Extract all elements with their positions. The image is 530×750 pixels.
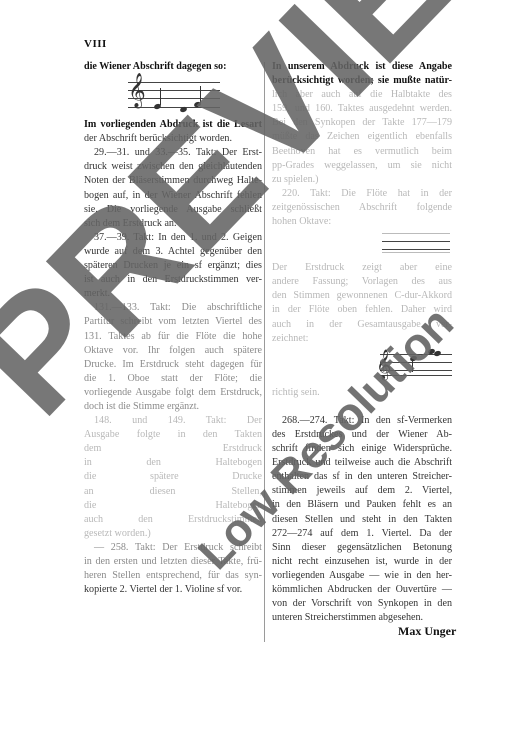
text-line: lich aber auch auf die Halbtakte des	[272, 88, 452, 102]
text-line: Partitur schreibt vom letzten Viertel de…	[84, 315, 262, 329]
text-line: von der Vorschrift von Synkopen in den	[272, 597, 452, 611]
text-line: müßte das Zeichen eigentlich ebenfalls	[272, 130, 452, 144]
text-line: merkt.	[84, 287, 262, 301]
text-line: Oktave vor. Ihr folgen auch spätere	[84, 344, 262, 358]
text-line: Erstdruck und teilweise auch die Abschri…	[272, 456, 452, 470]
music-example-1: 𝄞	[84, 76, 262, 114]
text-line: auch in der Gesamtausgabe ver-	[272, 318, 452, 332]
text-line: ist auch in den Erstdruckstimmen ver-	[84, 273, 262, 287]
text-line: späteren Drucken je ein sf ergänzt; dies	[84, 259, 262, 273]
text-line: Der Erstdruck zeigt aber eine	[272, 261, 452, 275]
text-line: Bei den Synkopen der Takte 177—179	[272, 116, 452, 130]
text-line: 37.—39. Takt: In den 1. und 2. Geigen	[84, 231, 262, 245]
left-column: die Wiener Abschrift dagegen so: 𝄞 Im vo…	[84, 60, 262, 597]
note-icon	[179, 106, 187, 113]
column-divider	[264, 62, 265, 642]
text-line: 220. Takt: Die Flöte hat in der	[272, 187, 452, 201]
text-line: heren Stellen entsprechend, für das syn-	[84, 569, 262, 583]
text-line: zu spielen.)	[272, 173, 452, 187]
intro-line: die Wiener Abschrift dagegen so:	[84, 60, 262, 74]
text-line: In unserem Abdruck ist diese Angabe	[272, 60, 452, 74]
text-line: 272—274 auf dem 1. Viertel. Da der	[272, 527, 452, 541]
text-line: in den Bläsern und Pauken fehlt es an	[272, 498, 452, 512]
text-line: nicht recht einzusehen ist, wurde in der	[272, 555, 452, 569]
text-line	[272, 400, 452, 414]
text-line: Ausgabe folgte in den Takten	[84, 428, 262, 442]
treble-clef-icon: 𝄞	[376, 350, 391, 380]
right-text-top: In unserem Abdruck ist diese Angabeberüc…	[272, 60, 452, 229]
text-line: sie. Die vorliegende Ausgabe schließt	[84, 203, 262, 217]
text-line: berücksichtigt worden; sie mußte natür-	[272, 74, 452, 88]
music-example-2	[272, 231, 452, 257]
text-line: diesen Stellen und steht in den Takten	[272, 513, 452, 527]
text-line: die Haltebogen	[84, 499, 262, 513]
text-line: dem Erstdruck	[84, 442, 262, 456]
page-number: VIII	[84, 38, 107, 50]
text-line: die spätere Drucke	[84, 470, 262, 484]
text-line: 159. und 160. Taktes ausgedehnt werden.	[272, 102, 452, 116]
text-line: sich dem Erstdruck an.	[84, 217, 262, 231]
text-line: bogen auf, in der Wiener Abschrift fehle…	[84, 189, 262, 203]
text-line: stimmen jeweils auf dem 2. Viertel,	[272, 484, 452, 498]
right-text-bottom: richtig sein. 268.—274. Takt: In den sf-…	[272, 386, 452, 626]
treble-clef-icon: 𝄞	[128, 76, 146, 106]
right-text-mid: Der Erstdruck zeigt aber eineandere Fass…	[272, 261, 452, 346]
right-column: In unserem Abdruck ist diese Angabeberüc…	[272, 60, 452, 625]
text-line: an diesen Stellen,	[84, 485, 262, 499]
text-line: vorliegende Ausgabe folgt dem Erstdruck,	[84, 386, 262, 400]
text-line: Beethoven hat es vermutlich beim	[272, 145, 452, 159]
staff-lines	[382, 233, 450, 253]
left-text-body: Im vorliegenden Abdruck ist die Lesartde…	[84, 118, 262, 597]
text-line: 29.—31. und 33.—35. Takt: Der Erst-	[84, 146, 262, 160]
author-signature: Max Unger	[398, 624, 456, 639]
text-line: in der Flöte oben fehlen. Daher wird	[272, 303, 452, 317]
music-example-3: 𝄞	[272, 348, 452, 382]
text-line: kopierte 2. Viertel der 1. Violine sf vo…	[84, 583, 262, 597]
text-line: vorliegenden Ausgabe — wie in den her-	[272, 569, 452, 583]
text-line: in den Haltebogen	[84, 456, 262, 470]
text-line: zeitgenössischen Abschrift folgende	[272, 201, 452, 215]
text-line: wurde auf dem 3. Achtel gegenüber den	[84, 245, 262, 259]
text-line: die 1. Oboe statt der Flöte; die	[84, 372, 262, 386]
text-line: 268.—274. Takt: In den sf-Vermerken	[272, 414, 452, 428]
text-line: in den ersten und letzten dieser Takte, …	[84, 555, 262, 569]
text-line: schrift finden sich einige Widersprüche.	[272, 442, 452, 456]
text-line: 131. Taktes ab für die Flöte die hohe	[84, 330, 262, 344]
text-line: gesetzt worden.)	[84, 527, 262, 541]
text-line: druck weist zwischen den gleichlautenden	[84, 160, 262, 174]
text-line: den Stimmen gewonnenen C-dur-Akkord	[272, 289, 452, 303]
text-line: Sinn dieser gegensätzlichen Betonung	[272, 541, 452, 555]
text-line: des Erstdruckes und der Wiener Ab-	[272, 428, 452, 442]
text-line: 148. und 149. Takt: Der	[84, 414, 262, 428]
text-line: zeichnet:	[272, 332, 452, 346]
text-line: 131.—133. Takt: Die abschriftliche	[84, 301, 262, 315]
text-line: hohen Oktave:	[272, 215, 452, 229]
text-line: Drucke. Im Erstdruck steht dagegen für	[84, 358, 262, 372]
text-line: — 258. Takt: Der Erstdruck schreibt	[84, 541, 262, 555]
note-stem	[160, 88, 161, 105]
text-line: enthalten das sf in den unteren Streiche…	[272, 470, 452, 484]
text-line: Noten der Bläserstimmen durchweg Halte-	[84, 174, 262, 188]
text-line: Im vorliegenden Abdruck ist die Lesart	[84, 118, 262, 132]
text-line: pp-Grades weggelassen, um sie nicht	[272, 159, 452, 173]
text-line: richtig sein.	[272, 386, 452, 400]
note-stem	[200, 86, 201, 103]
text-line: auch den Erstdruckstimmen	[84, 513, 262, 527]
text-line: der Abschrift berücksichtigt worden.	[84, 132, 262, 146]
text-line: andere Fassung; Vorlagen des aus	[272, 275, 452, 289]
text-line: kömmlichen Abdrucken der Ouvertüre —	[272, 583, 452, 597]
text-line: doch ist die Stimme ergänzt.	[84, 400, 262, 414]
note-stem	[412, 358, 413, 372]
